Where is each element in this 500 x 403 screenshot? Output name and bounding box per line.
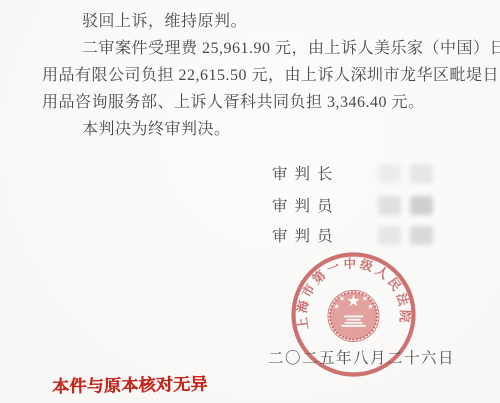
redacted-name-block (378, 226, 401, 245)
national-emblem-icon (328, 291, 379, 342)
judge-title: 审判员 (272, 194, 340, 216)
judge-name-redacted (378, 196, 433, 215)
final-judgment-line: 本判决为终审判决。 (82, 122, 231, 138)
presiding-judge-name-redacted (378, 164, 433, 183)
redacted-name-block (378, 196, 401, 215)
ruling-line: 驳回上诉，维持原判。 (82, 14, 247, 30)
redacted-name-block (410, 226, 433, 245)
document-page: 驳回上诉，维持原判。 二审案件受理费 25,961.90 元，由上诉人美乐家（中… (0, 0, 500, 403)
verification-stamp: 本件与原本核对无异 (52, 370, 208, 398)
judge-row-2: 审判员 (272, 224, 433, 246)
presiding-judge-row: 审判长 (272, 162, 433, 184)
redacted-name-block (410, 196, 433, 215)
fee-line-3: 用品咨询服务部、上诉人胥科共同负担 3,346.40 元。 (42, 95, 425, 111)
presiding-judge-title: 审判长 (272, 162, 340, 184)
judge-row-1: 审判员 (272, 194, 433, 216)
redacted-name-block (410, 164, 433, 183)
fee-line-2: 用品有限公司负担 22,615.50 元，由上诉人深圳市龙华区毗堤日 (42, 68, 499, 84)
judge-name-redacted (378, 226, 433, 245)
redacted-name-block (378, 164, 401, 183)
judgment-date: 二〇二五年八月二十六日 (268, 346, 455, 368)
fee-line-1: 二审案件受理费 25,961.90 元，由上诉人美乐家（中国）日 (82, 41, 500, 57)
judge-title: 审判员 (272, 224, 340, 246)
